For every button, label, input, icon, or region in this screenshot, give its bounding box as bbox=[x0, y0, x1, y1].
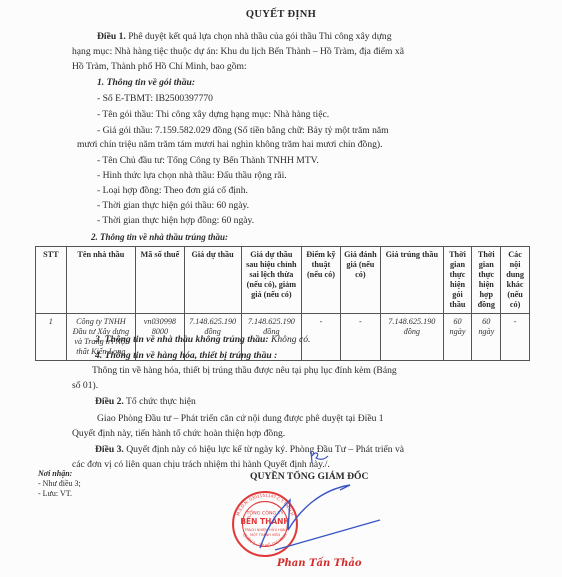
info-item: - Giá gói thầu: 7.159.582.029 đồng (Số t… bbox=[97, 124, 389, 138]
col-header: Các nội dung khác (nếu có) bbox=[501, 247, 530, 314]
article1-label: Điều 1. bbox=[97, 31, 126, 42]
col-header: STT bbox=[36, 247, 67, 314]
col-header: Thời gian thực hiện gói thầu bbox=[443, 247, 472, 314]
col-header: Giá đánh giá (nếu có) bbox=[340, 247, 380, 314]
recipient-item: - Như điều 3; bbox=[38, 479, 81, 489]
handwritten-signature-icon bbox=[240, 470, 400, 560]
info-item: - Loại hợp đồng: Theo đơn giá cố định. bbox=[97, 184, 248, 198]
article1-text: Phê duyệt kết quả lựa chọn nhà thầu của … bbox=[128, 31, 391, 42]
signer-name: Phan Tấn Thảo bbox=[277, 557, 362, 571]
info-item: mươi chín triệu năm trăm tám mươi hai ng… bbox=[77, 138, 383, 152]
cell-package-duration: 60 ngày bbox=[443, 314, 472, 361]
article3-line1: Điều 3. Quyết định này có hiệu lực kể từ… bbox=[95, 443, 404, 457]
document-page: QUYẾT ĐỊNH Điều 1. Phê duyệt kết quả lựa… bbox=[0, 0, 562, 577]
section2-heading: 2. Thông tin về nhà thầu trúng thầu: bbox=[91, 230, 228, 244]
cell-evaluated-price: - bbox=[340, 314, 380, 361]
cell-other: - bbox=[501, 314, 530, 361]
col-header: Giá dự thầu sau hiệu chỉnh sai lệch thừa… bbox=[241, 247, 302, 314]
table-header-row: STT Tên nhà thầu Mã số thuế Giá dự thầu … bbox=[36, 247, 530, 314]
info-item: - Tên Chủ đầu tư: Tổng Công ty Bến Thành… bbox=[97, 154, 319, 168]
col-header: Tên nhà thầu bbox=[66, 247, 135, 314]
section4-heading: 4. Thông tin về hàng hóa, thiết bị trúng… bbox=[95, 349, 277, 363]
recipient-item: - Lưu: VT. bbox=[38, 489, 81, 499]
recipients-heading: Nơi nhận: bbox=[38, 469, 81, 479]
col-header: Thời gian thực hiện hợp đồng bbox=[472, 247, 501, 314]
info-item: - Thời gian thực hiện gói thầu: 60 ngày. bbox=[97, 199, 249, 213]
col-header: Điểm kỹ thuật (nếu có) bbox=[302, 247, 340, 314]
cell-contract-duration: 60 ngày bbox=[472, 314, 501, 361]
section3-heading: 3. Thông tin về nhà thầu không trúng thầ… bbox=[95, 334, 269, 345]
info-item: - Hình thức lựa chọn nhà thầu: Đấu thầu … bbox=[97, 169, 287, 183]
col-header: Mã số thuế bbox=[136, 247, 185, 314]
document-title: QUYẾT ĐỊNH bbox=[0, 8, 562, 22]
article3-label: Điều 3. bbox=[95, 444, 124, 455]
section1-heading: 1. Thông tin về gói thầu: bbox=[97, 76, 195, 90]
article2-line1: Giao Phòng Đầu tư – Phát triển căn cứ nộ… bbox=[97, 412, 384, 426]
col-header: Giá trúng thầu bbox=[381, 247, 444, 314]
initials-mark-icon bbox=[308, 448, 330, 466]
cell-stt: 1 bbox=[36, 314, 67, 361]
section3: 3. Thông tin về nhà thầu không trúng thầ… bbox=[95, 333, 310, 347]
col-header: Giá dự thầu bbox=[184, 247, 241, 314]
section4-line1: Thông tin về hàng hóa, thiết bị trúng th… bbox=[92, 364, 397, 378]
section3-value: Không có. bbox=[271, 334, 310, 345]
cell-winning-price: 7.148.625.190 đồng bbox=[381, 314, 444, 361]
recipients-block: Nơi nhận: - Như điều 3; - Lưu: VT. bbox=[38, 469, 81, 499]
article1-line3: Hồ Tràm, Thành phố Hồ Chí Minh, bao gồm: bbox=[72, 60, 247, 74]
article1-line1: Điều 1. Phê duyệt kết quả lựa chọn nhà t… bbox=[97, 30, 392, 44]
article2-line2: Quyết định này, tiến hành tổ chức hoàn t… bbox=[72, 427, 285, 441]
article1-line2: hạng mục: Nhà hàng tiệc thuộc dự án: Khu… bbox=[72, 45, 404, 59]
info-item: - Tên gói thầu: Thi công xây dựng hạng m… bbox=[97, 108, 329, 122]
article2-label: Điều 2. bbox=[95, 396, 124, 407]
info-item: - Thời gian thực hiện hợp đồng: 60 ngày. bbox=[97, 214, 254, 228]
article3-text: Quyết định này có hiệu lực kể từ ngày ký… bbox=[126, 444, 404, 455]
section4-line2: số 01). bbox=[72, 379, 98, 393]
article2-heading: Điều 2. Tổ chức thực hiện bbox=[95, 395, 196, 409]
info-item: - Số E-TBMT: IB2500397770 bbox=[97, 92, 213, 106]
article2-title: Tổ chức thực hiện bbox=[126, 396, 196, 407]
